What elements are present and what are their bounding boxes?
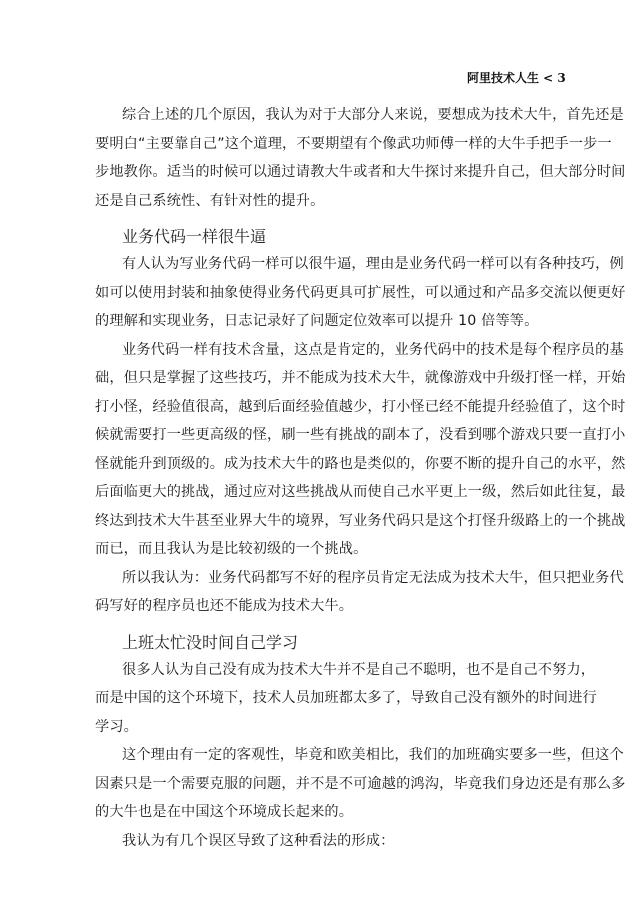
text-line: 有人认为写业务代码一样可以很牛逼，理由是业务代码一样可以有各种技巧，例 (95, 250, 577, 279)
text-line: 所以我认为：业务代码都写不好的程序员肯定无法成为技术大牛，但只把业务代 (95, 564, 577, 593)
paragraph: 业务代码一样有技术含量，这点是肯定的，业务代码中的技术是每个程序员的基 础，但只… (95, 336, 577, 564)
text-line: 的大牛也是在中国这个环境成长起来的。 (95, 798, 577, 827)
text-line: 我认为有几个误区导致了这种看法的形成： (95, 827, 577, 856)
text-line: 后面临更大的挑战，通过应对这些挑战从而使自己水平更上一级，然后如此往复，最 (95, 478, 577, 507)
text-line: 这个理由有一定的客观性，毕竟和欧美相比，我们的加班确实要多一些，但这个 (95, 741, 577, 770)
text-line: 候就需要打一些更高级的怪，刷一些有挑战的副本了，没看到哪个游戏只要一直打小 (95, 421, 577, 450)
text-line: 学习。 (95, 713, 577, 742)
text-line: 码写好的程序员也还不能成为技术大牛。 (95, 592, 577, 621)
section-heading: 业务代码一样很牛逼 (95, 224, 577, 250)
text-line: 如可以使用封装和抽象使得业务代码更具可扩展性，可以通过和产品多交流以便更好 (95, 279, 577, 308)
text-line: 综合上述的几个原因，我认为对于大部分人来说，要想成为技术大牛，首先还是 (95, 101, 577, 130)
text-line: 而已，而且我认为是比较初级的一个挑战。 (95, 535, 577, 564)
section-heading: 上班太忙没时间自己学习 (95, 630, 577, 656)
text-line: 打小怪，经验值很高，越到后面经验值越少，打小怪已经不能提升经验值了，这个时 (95, 393, 577, 422)
paragraph: 所以我认为：业务代码都写不好的程序员肯定无法成为技术大牛，但只把业务代 码写好的… (95, 564, 577, 621)
text-line: 业务代码一样有技术含量，这点是肯定的，业务代码中的技术是每个程序员的基 (95, 336, 577, 365)
paragraph: 有人认为写业务代码一样可以很牛逼，理由是业务代码一样可以有各种技巧，例 如可以使… (95, 250, 577, 336)
paragraph: 这个理由有一定的客观性，毕竟和欧美相比，我们的加班确实要多一些，但这个 因素只是… (95, 741, 577, 827)
paragraph: 我认为有几个误区导致了这种看法的形成： (95, 827, 577, 856)
text-line: 怪就能升到顶级的。成为技术大牛的路也是类似的，你要不断的提升自己的水平，然 (95, 450, 577, 479)
text-line: 而是中国的这个环境下，技术人员加班都太多了，导致自己没有额外的时间进行 (95, 684, 577, 713)
text-line: 的理解和实现业务，日志记录好了问题定位效率可以提升 10 倍等等。 (95, 307, 577, 336)
text-line: 要明白“主要靠自己”这个道理，不要期望有个像武功师傅一样的大牛手把手一步一 (95, 130, 577, 159)
paragraph-conclusion: 综合上述的几个原因，我认为对于大部分人来说，要想成为技术大牛，首先还是 要明白“… (95, 101, 577, 215)
text-line: 还是自己系统性、有针对性的提升。 (95, 187, 577, 216)
text-line: 步地教你。适当的时候可以通过请教大牛或者和大牛探讨来提升自己，但大部分时间 (95, 158, 577, 187)
text-line: 很多人认为自己没有成为技术大牛并不是自己不聪明，也不是自己不努力， (95, 656, 577, 685)
text-line: 础，但只是掌握了这些技巧，并不能成为技术大牛，就像游戏中升级打怪一样，开始 (95, 364, 577, 393)
paragraph: 很多人认为自己没有成为技术大牛并不是自己不聪明，也不是自己不努力， 而是中国的这… (95, 656, 577, 742)
running-header: 阿里技术人生 < 3 (467, 69, 566, 86)
text-line: 因素只是一个需要克服的问题，并不是不可逾越的鸿沟，毕竟我们身边还是有那么多 (95, 770, 577, 799)
text-line: 终达到技术大牛甚至业界大牛的境界，写业务代码只是这个打怪升级路上的一个挑战 (95, 507, 577, 536)
document-body: 综合上述的几个原因，我认为对于大部分人来说，要想成为技术大牛，首先还是 要明白“… (95, 101, 577, 855)
